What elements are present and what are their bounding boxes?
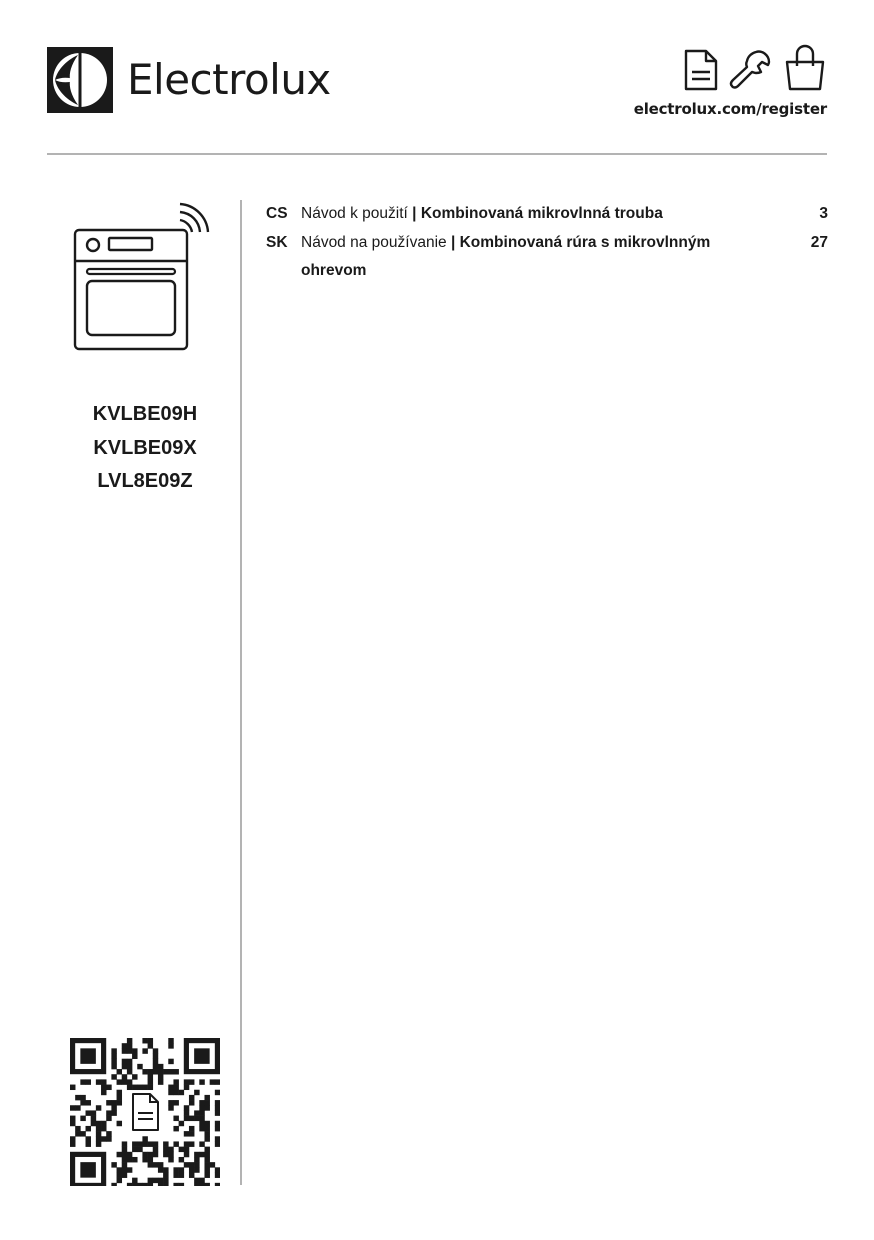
toc-entry-cs[interactable]: CS Návod k použití | Kombinovaná mikrovl… bbox=[266, 200, 828, 229]
model-number: LVL8E09Z bbox=[47, 465, 243, 499]
toc-page-number: 27 bbox=[788, 229, 828, 286]
document-icon bbox=[133, 1094, 158, 1130]
toc-entry-text: Návod k použití | Kombinovaná mikrovlnná… bbox=[301, 200, 788, 229]
document-icon bbox=[683, 48, 719, 92]
qr-code[interactable] bbox=[70, 1038, 220, 1186]
register-url[interactable]: electrolux.com/register bbox=[634, 100, 827, 118]
column-divider bbox=[240, 200, 242, 1185]
toc-subtitle: Návod na používanie bbox=[301, 234, 447, 251]
toc-separator: | bbox=[451, 234, 455, 251]
register-block: electrolux.com/register bbox=[634, 42, 827, 118]
shopping-bag-icon bbox=[783, 44, 827, 92]
brand-name: Electrolux bbox=[127, 59, 331, 101]
model-number: KVLBE09H bbox=[47, 398, 243, 432]
toc-page-number: 3 bbox=[788, 200, 828, 229]
brand-logo: Electrolux bbox=[47, 47, 331, 113]
toc-language-code: CS bbox=[266, 200, 301, 229]
toc-subtitle: Návod k použití bbox=[301, 205, 408, 222]
connected-oven-icon bbox=[72, 200, 218, 357]
toc-language-code: SK bbox=[266, 229, 301, 286]
electrolux-logo-mark-icon bbox=[47, 47, 113, 113]
header-divider bbox=[47, 153, 827, 155]
toc-title: Kombinovaná mikrovlnná trouba bbox=[421, 205, 663, 222]
model-number: KVLBE09X bbox=[47, 432, 243, 466]
model-list: KVLBE09H KVLBE09X LVL8E09Z bbox=[47, 398, 243, 499]
toc-entry-sk[interactable]: SK Návod na používanie | Kombinovaná rúr… bbox=[266, 229, 828, 286]
table-of-contents: CS Návod k použití | Kombinovaná mikrovl… bbox=[266, 200, 828, 286]
wrench-icon bbox=[729, 48, 773, 92]
toc-entry-text: Návod na používanie | Kombinovaná rúra s… bbox=[301, 229, 788, 286]
toc-separator: | bbox=[412, 205, 416, 222]
